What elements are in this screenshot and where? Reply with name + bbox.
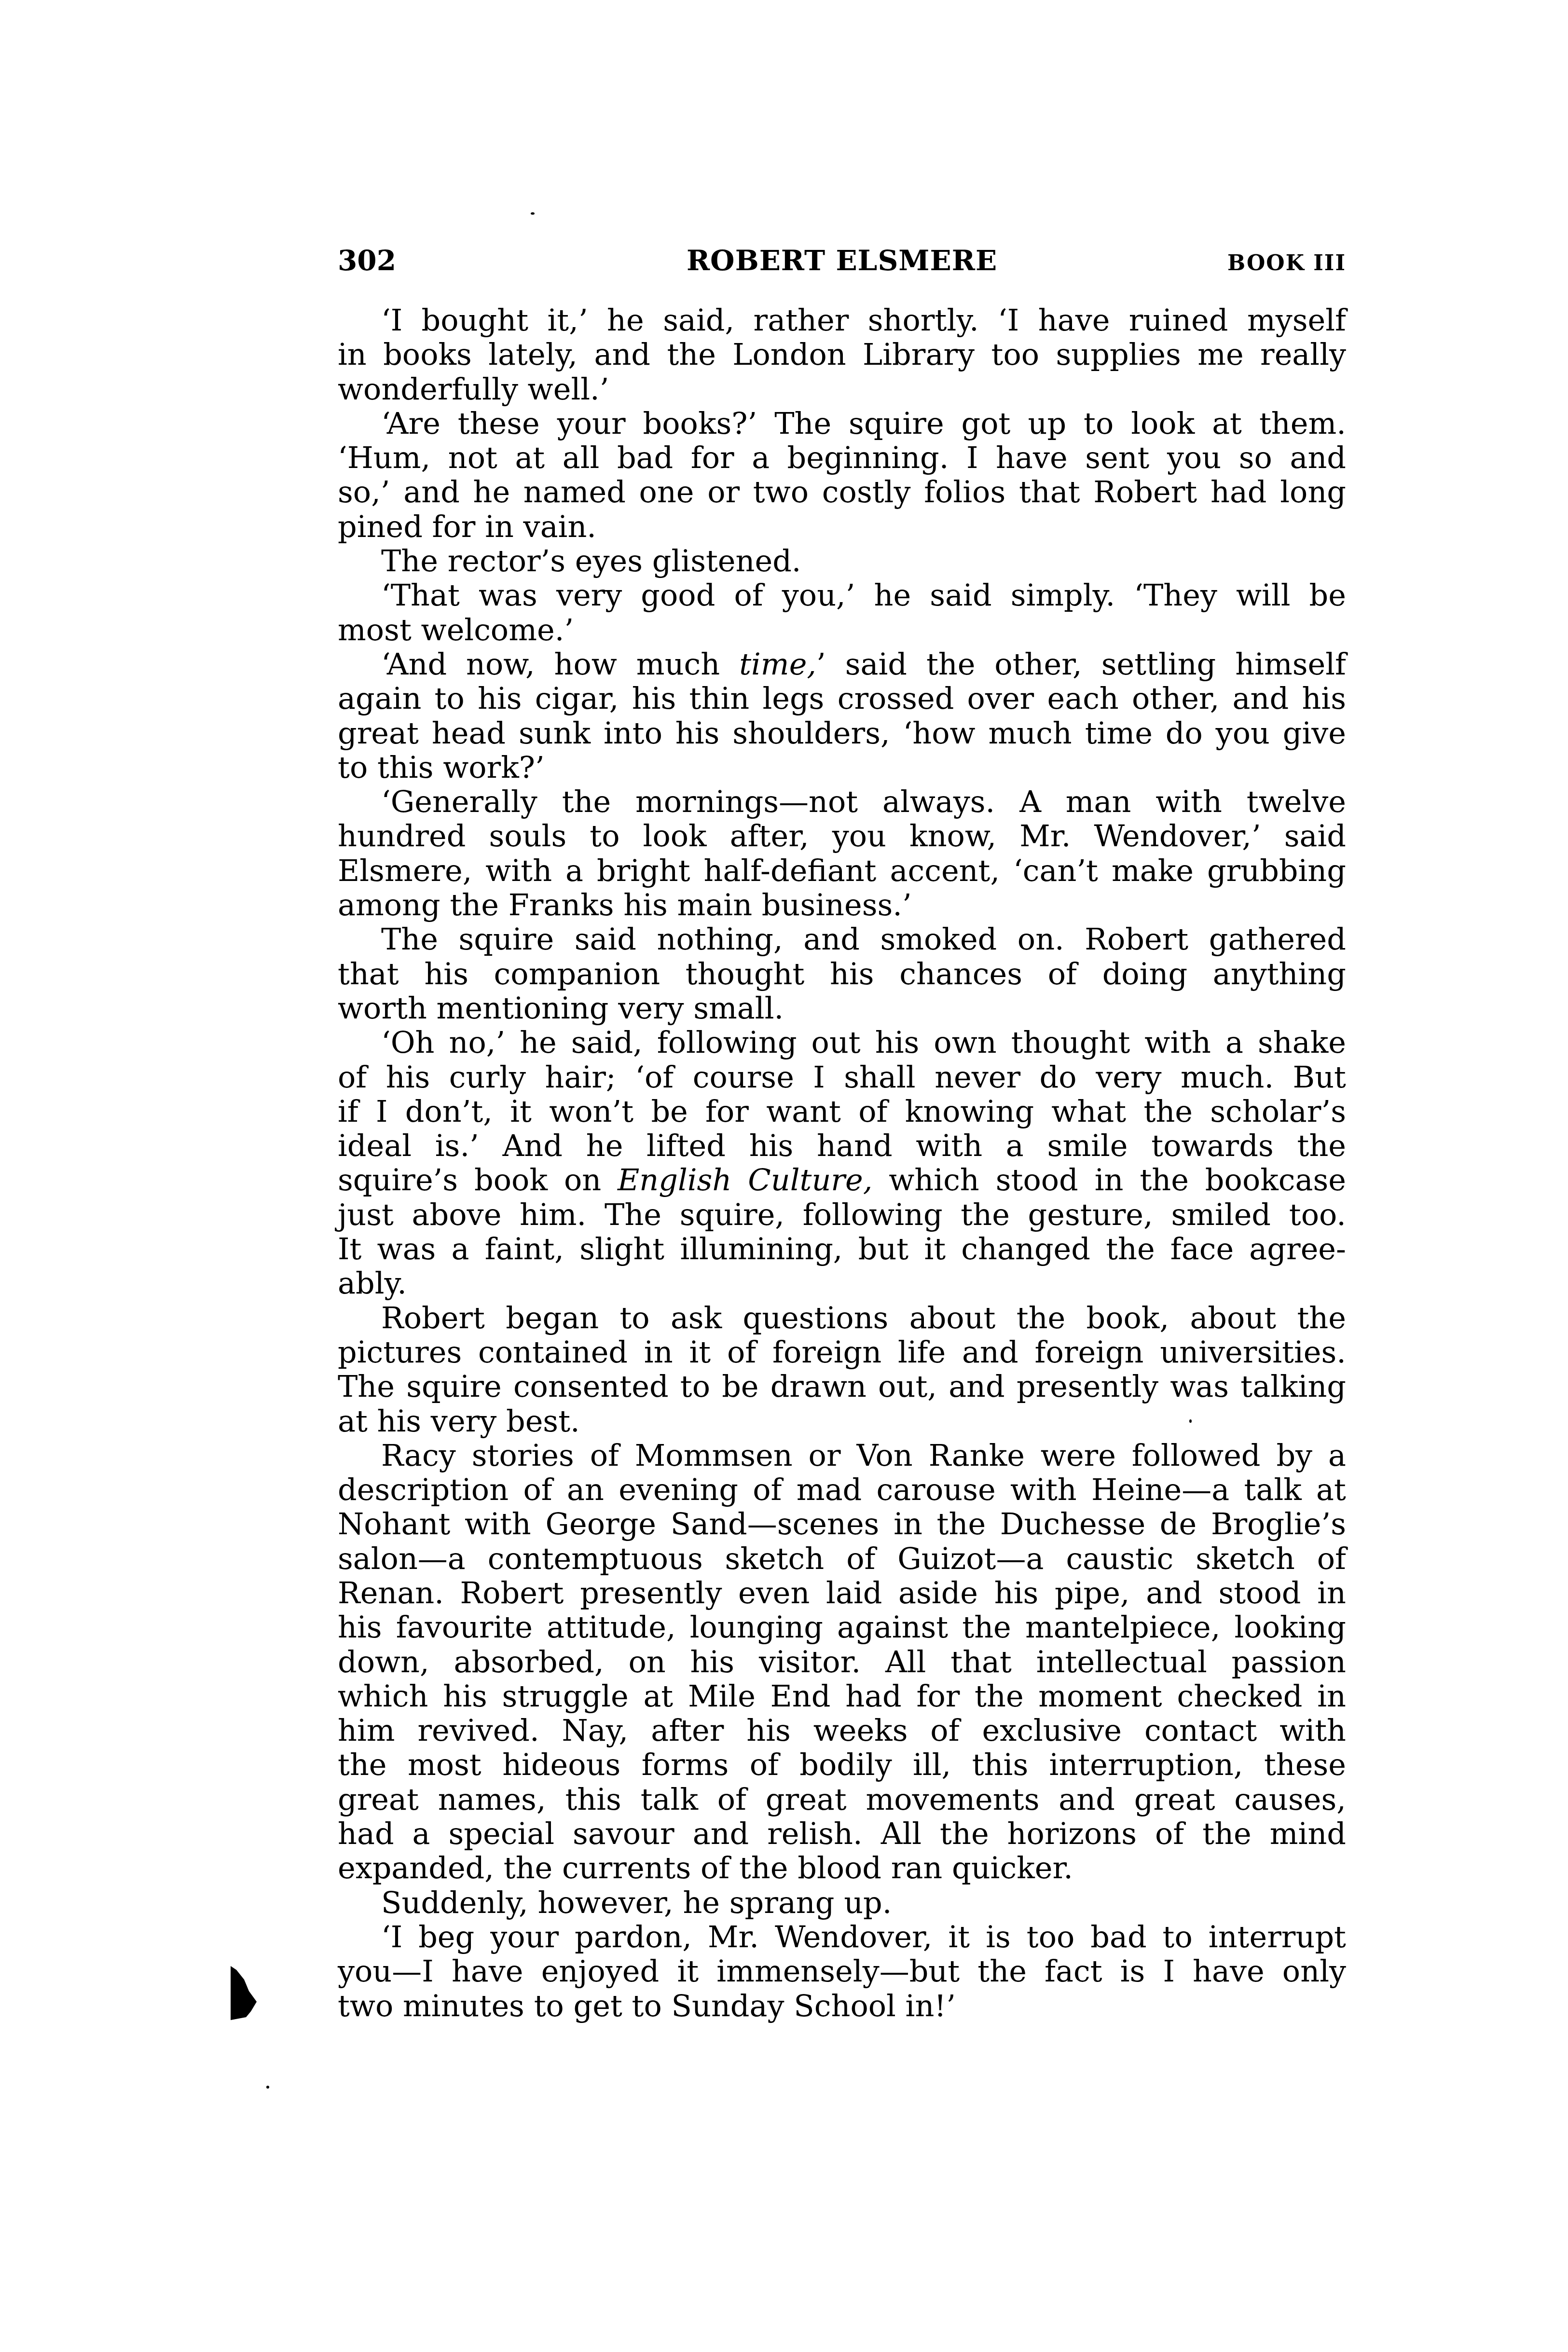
text-segment: to this work?’ [338,750,545,785]
text-segment: salon—a contemptuous sketch of Guizot—a … [338,1541,1346,1576]
text-segment: again to his cigar, his thin legs crosse… [338,681,1346,716]
text-segment: ‘Generally the mornings—not always. A ma… [381,784,1346,819]
text-segment: at his very best. [338,1403,580,1439]
text-segment: ‘Oh no,’ he said, following out his own … [381,1025,1346,1060]
text-line: so,’ and he named one or two costly foli… [338,475,1346,509]
text-line: had a special savour and relish. All the… [338,1816,1346,1851]
text-segment: his favourite attitude, lounging against… [338,1609,1346,1645]
book-page: 302 ROBERT ELSMERE BOOK III ‘I bought it… [0,0,1568,2352]
text-segment: of his curly hair; ‘of course I shall ne… [338,1059,1346,1095]
text-segment: ‘That was very good of you,’ he said sim… [381,578,1346,613]
text-line: among the Franks his main business.’ [338,888,1346,922]
text-line: It was a faint, slight illumining, but i… [338,1232,1346,1266]
text-line: him revived. Nay, after his weeks of exc… [338,1713,1346,1747]
text-line: The rector’s eyes glistened. [338,544,1346,578]
text-line: to this work?’ [338,750,1346,784]
text-segment: It was a faint, slight illumining, but i… [338,1231,1346,1266]
text-segment: just above him. The squire, following th… [338,1197,1346,1232]
text-line: ‘I bought it,’ he said, rather shortly. … [338,303,1346,337]
text-segment: pined for in vain. [338,509,596,544]
text-line: Elsmere, with a bright half-defiant acce… [338,853,1346,888]
text-line: ‘That was very good of you,’ he said sim… [338,578,1346,612]
text-segment: if I don’t, it won’t be for want of know… [338,1094,1346,1129]
text-line: pictures contained in it of foreign life… [338,1335,1346,1369]
text-line: in books lately, and the London Library … [338,337,1346,371]
text-segment: him revived. Nay, after his weeks of exc… [338,1713,1346,1748]
text-segment: Nohant with George Sand—scenes in the Du… [338,1506,1346,1541]
text-line: two minutes to get to Sunday School in!’ [338,1989,1346,2023]
text-segment: wonderfully well.’ [338,371,609,407]
text-segment: which his struggle at Mile End had for t… [338,1678,1346,1714]
text-line: at his very best. [338,1404,1346,1438]
text-segment: great names, this talk of great movement… [338,1782,1346,1817]
text-segment: great head sunk into his shoulders, ‘how… [338,715,1346,751]
text-segment: hundred souls to look after, you know, M… [338,818,1346,853]
text-segment: worth mentioning very small. [338,990,784,1026]
text-line: great head sunk into his shoulders, ‘how… [338,716,1346,750]
text-line: that his companion thought his chances o… [338,957,1346,991]
text-segment: pictures contained in it of foreign life… [338,1334,1346,1370]
text-line: Racy stories of Mommsen or Von Ranke wer… [338,1438,1346,1472]
italic-title: English Culture, [618,1162,872,1197]
text-segment: ‘Hum, not at all bad for a beginning. I … [338,440,1346,475]
text-line: ‘And now, how much time,’ said the other… [338,647,1346,681]
scan-speck [266,2086,269,2089]
text-line: great names, this talk of great movement… [338,1782,1346,1816]
text-line: ‘Oh no,’ he said, following out his own … [338,1025,1346,1059]
text-segment: squire’s book on [338,1162,618,1197]
running-title: ROBERT ELSMERE [338,241,1346,280]
text-segment: ‘I bought it,’ he said, rather shortly. … [381,303,1346,338]
text-line: ‘Generally the mornings—not always. A ma… [338,784,1346,819]
text-line: Robert began to ask questions about the … [338,1301,1346,1335]
text-segment: two minutes to get to Sunday School in!’ [338,1988,956,2023]
running-header: 302 ROBERT ELSMERE BOOK III [338,241,1346,280]
text-segment: ‘Are these your books?’ The squire got u… [381,406,1346,441]
text-segment: description of an evening of mad carouse… [338,1472,1346,1507]
text-line: squire’s book on English Culture, which … [338,1163,1346,1197]
text-segment: among the Franks his main business.’ [338,887,912,922]
text-segment: Robert began to ask questions about the … [381,1300,1346,1335]
text-segment: down, absorbed, on his visitor. All that… [338,1644,1346,1679]
text-segment: that his companion thought his chances o… [338,956,1346,991]
book-label: BOOK III [1227,244,1346,283]
text-line: Nohant with George Sand—scenes in the Du… [338,1507,1346,1541]
text-segment: ably. [338,1265,407,1301]
text-segment: expanded, the currents of the blood ran … [338,1850,1073,1885]
italic-title: time, [739,646,816,682]
text-line: description of an evening of mad carouse… [338,1472,1346,1507]
body-text: ‘I bought it,’ he said, rather shortly. … [338,303,1346,2023]
text-line: wonderfully well.’ [338,372,1346,406]
margin-mark-icon [230,1966,258,2020]
text-line: Suddenly, however, he sprang up. [338,1885,1346,1920]
text-line: pined for in vain. [338,509,1346,544]
text-segment: you—I have enjoyed it immensely—but the … [338,1953,1346,1989]
text-segment: the most hideous forms of bodily ill, th… [338,1747,1346,1782]
text-line: ‘I beg your pardon, Mr. Wendover, it is … [338,1920,1346,1954]
text-line: salon—a contemptuous sketch of Guizot—a … [338,1541,1346,1576]
text-line: The squire consented to be drawn out, an… [338,1369,1346,1403]
text-line: the most hideous forms of bodily ill, th… [338,1747,1346,1782]
text-segment: ’ said the other, settling himself [816,646,1346,682]
text-segment: The rector’s eyes glistened. [381,543,801,578]
text-line: ‘Are these your books?’ The squire got u… [338,406,1346,440]
text-line: down, absorbed, on his visitor. All that… [338,1645,1346,1679]
text-line: The squire said nothing, and smoked on. … [338,922,1346,956]
text-line: of his curly hair; ‘of course I shall ne… [338,1060,1346,1094]
text-line: just above him. The squire, following th… [338,1197,1346,1232]
text-line: you—I have enjoyed it immensely—but the … [338,1954,1346,1988]
text-line: hundred souls to look after, you know, M… [338,819,1346,853]
text-segment: most welcome.’ [338,612,574,647]
text-line: most welcome.’ [338,613,1346,647]
text-line: ably. [338,1266,1346,1300]
text-segment: The squire consented to be drawn out, an… [338,1369,1346,1404]
text-segment: Renan. Robert presently even laid aside … [338,1575,1346,1610]
text-segment: which stood in the bookcase [872,1162,1346,1197]
text-line: ‘Hum, not at all bad for a beginning. I … [338,440,1346,475]
text-segment: ‘And now, how much [381,646,739,682]
text-segment: had a special savour and relish. All the… [338,1816,1346,1851]
scan-speck [531,212,535,215]
text-segment: ideal is.’ And he lifted his hand with a… [338,1128,1346,1163]
text-line: worth mentioning very small. [338,991,1346,1025]
text-segment: Elsmere, with a bright half-defiant acce… [338,853,1346,888]
text-line: which his struggle at Mile End had for t… [338,1679,1346,1713]
text-segment: Suddenly, however, he sprang up. [381,1885,892,1920]
text-line: if I don’t, it won’t be for want of know… [338,1094,1346,1128]
text-segment: in books lately, and the London Library … [338,337,1346,372]
text-line: his favourite attitude, lounging against… [338,1610,1346,1644]
text-segment: ‘I beg your pardon, Mr. Wendover, it is … [381,1919,1346,1954]
text-line: again to his cigar, his thin legs crosse… [338,681,1346,715]
text-segment: The squire said nothing, and smoked on. … [381,922,1346,957]
text-line: expanded, the currents of the blood ran … [338,1851,1346,1885]
text-segment: so,’ and he named one or two costly foli… [338,474,1346,509]
text-line: Renan. Robert presently even laid aside … [338,1576,1346,1610]
text-line: ideal is.’ And he lifted his hand with a… [338,1128,1346,1163]
text-segment: Racy stories of Mommsen or Von Ranke wer… [381,1438,1346,1473]
